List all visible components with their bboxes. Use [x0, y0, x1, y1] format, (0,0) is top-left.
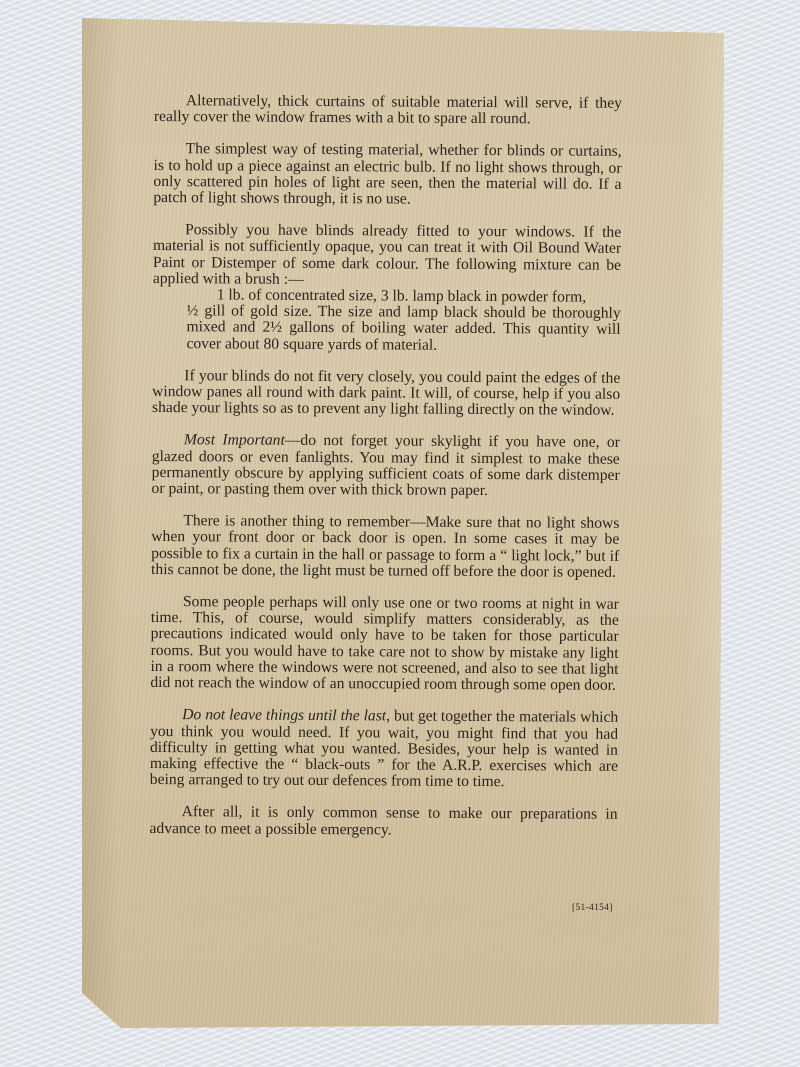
paragraph-blinds: Possibly you have blinds already fitted … — [153, 222, 621, 290]
paragraph-most-important: Most Important—do not forget your skylig… — [152, 432, 620, 500]
paragraph-recipe: 1 lb. of concentrated size, 3 lb. lamp b… — [186, 287, 620, 354]
emphasis-most-important: Most Important — [184, 432, 285, 450]
paragraph-rooms: Some people perhaps will only use one or… — [150, 594, 619, 694]
paragraph-window-panes: If your blinds do not fit very closely, … — [152, 368, 620, 419]
paragraph-do-not-leave: Do not leave things until the last, but … — [150, 707, 618, 791]
paragraph-doors: There is another thing to remember—Make … — [151, 513, 619, 581]
document-body: Alternatively, thick curtains of suitabl… — [149, 93, 622, 856]
paragraph-curtains: Alternatively, thick curtains of suitabl… — [154, 93, 622, 128]
reference-code: [51-4154] — [572, 903, 613, 913]
paragraph-testing-material: The simplest way of testing material, wh… — [153, 141, 621, 209]
recipe-rest: ½ gill of gold size. The size and lamp b… — [186, 302, 620, 353]
paragraph-common-sense: After all, it is only common sense to ma… — [149, 804, 617, 839]
